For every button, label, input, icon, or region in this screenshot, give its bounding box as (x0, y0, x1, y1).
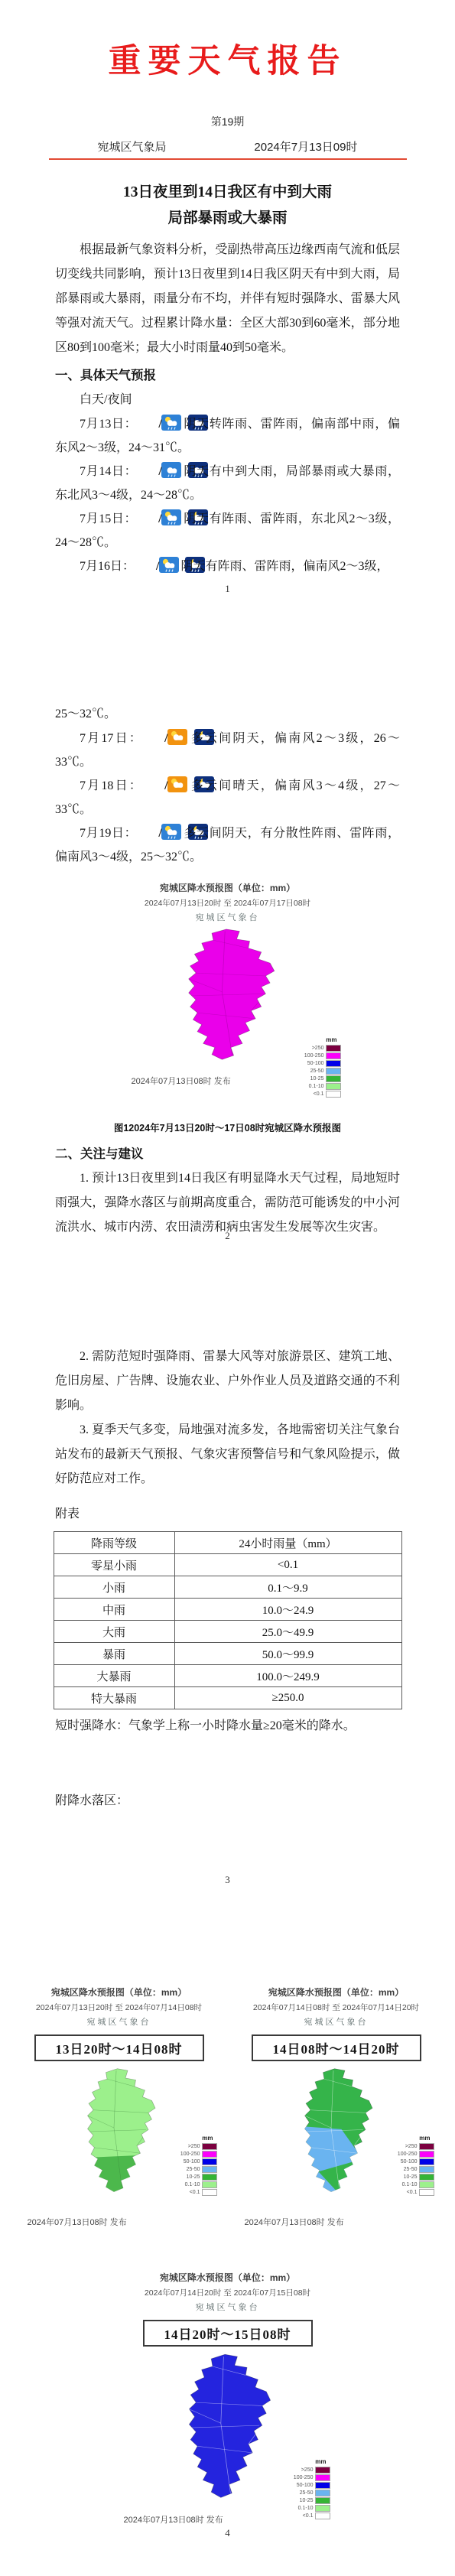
day-night-separator: / (164, 779, 167, 792)
legend-swatch (419, 2143, 434, 2150)
map-period: 2024年07月14日20时 至 2024年07月15日08时 (98, 2287, 358, 2298)
precip-map-card: 宛城区降水预报图（单位：mm）2024年07月14日08时 至 2024年07月… (234, 1986, 439, 2259)
legend-swatch (315, 2467, 330, 2474)
legend-swatch (202, 2143, 217, 2150)
legend-label: 100-250 (180, 2152, 200, 2157)
legend-swatch (326, 1068, 341, 1075)
section1-heading: 一、具体天气预报 (55, 363, 400, 388)
legend-swatch (315, 2497, 330, 2504)
legend-row: 10-25 (294, 2496, 330, 2504)
page-number-3: 3 (0, 1874, 455, 1886)
legend-swatch (315, 2505, 330, 2512)
table-cell: 零星小雨 (54, 1554, 174, 1576)
forecast-text: 阴天有阵雨、雷阵雨，偏南风2～3级， (180, 560, 388, 573)
cloudy-moon-night-icon (170, 776, 190, 792)
forecast-date: 7月17日： (80, 732, 143, 745)
legend-swatch (326, 1075, 341, 1082)
precip-legend: mm>250100-25050-10025-5010-250.1-10<0.1 (304, 1036, 341, 1098)
legend-row: 10-25 (398, 2173, 434, 2181)
report-page-1: 重要天气报告 第19期 宛城区气象局 2024年7月13日09时 13日夜里到1… (0, 0, 455, 612)
legend-swatch (326, 1060, 341, 1067)
legend-swatch (419, 2151, 434, 2158)
rain-level-table: 降雨等级24小时雨量（mm）零星小雨<0.1小雨0.1～9.9中雨10.0～24… (54, 1531, 402, 1709)
cloudy-day-icon (143, 729, 163, 745)
advice-item-3: 3. 夏季天气多变，局地强对流多发，各地需密切关注气象台站发布的最新天气预报、气… (55, 1418, 400, 1491)
day-night-separator: / (158, 512, 161, 525)
legend-swatch (419, 2181, 434, 2188)
advice-item-1: 1. 预计13日夜里到14日我区有明显降水天气过程，局地短时雨强大，强降水落区与… (55, 1166, 400, 1240)
daynight-label: 白天/夜间 (55, 388, 400, 412)
legend-row: 100-250 (294, 2474, 330, 2481)
legend-swatch (202, 2166, 217, 2173)
precip-map-card: 宛城区降水预报图（单位：mm）2024年07月14日20时 至 2024年07月… (98, 2271, 358, 2558)
forecast-entry: 7月13日：/阴天转阵雨、雷阵雨，偏南部中雨，偏东风2～3级，24～31℃。 (55, 412, 400, 460)
table-cell: 0.1～9.9 (174, 1576, 401, 1599)
day-night-separator: / (158, 418, 161, 431)
table-cell: 10.0～24.9 (174, 1599, 401, 1621)
advice-item-2: 2. 需防范短时强降雨、雷暴大风等对旅游景区、建筑工地、危旧房屋、广告牌、设施农… (55, 1345, 400, 1418)
map-issued: 2024年07月13日08时 发布 (245, 2216, 344, 2228)
shower-moon-night-icon (161, 557, 180, 573)
legend-row: 100-250 (398, 2150, 434, 2158)
district-map-shape (61, 2066, 176, 2197)
day-night-separator: / (164, 732, 167, 745)
precip-legend: mm>250100-25050-10025-5010-250.1-10<0.1 (180, 2135, 217, 2196)
table-cell: 100.0～249.9 (174, 1665, 401, 1687)
legend-label: 0.1-10 (298, 2506, 314, 2511)
forecast-list-page2: 7月17日：/多云间阴天，偏南风2～3级，26～33℃。7月18日：/多云间晴天… (0, 727, 455, 869)
legend-label: 50-100 (307, 1061, 324, 1066)
legend-row: 25-50 (398, 2165, 434, 2173)
map-area: 2024年07月13日08时 发布mm>250100-25050-10025-5… (17, 2061, 222, 2259)
legend-swatch (202, 2151, 217, 2158)
legend-label: 100-250 (294, 2475, 314, 2480)
forecast-date: 7月18日： (80, 779, 143, 792)
legend-swatch (315, 2513, 330, 2519)
shower-sun-day-icon (137, 415, 157, 431)
table-cell: 小雨 (54, 1576, 174, 1599)
precip-map-main: 2024年07月13日08时 发布mm>250100-25050-10025-5… (83, 923, 373, 1116)
legend-label: 25-50 (300, 2490, 314, 2496)
legend-label: 10-25 (310, 1076, 324, 1081)
forecast-entry: 7月16日：/阴天有阵雨、雷阵雨，偏南风2～3级， (55, 555, 400, 578)
issue-number: 第19期 (0, 114, 455, 129)
table-header-row: 降雨等级24小时雨量（mm） (54, 1532, 401, 1554)
table-cell: 大暴雨 (54, 1665, 174, 1687)
legend-row: >250 (180, 2142, 217, 2150)
table-cell: <0.1 (174, 1554, 401, 1576)
map-range-label: 14日08时～14日20时 (252, 2034, 421, 2061)
legend-swatch (419, 2189, 434, 2196)
legend-row: <0.1 (398, 2188, 434, 2196)
headline-line1: 13日夜里到14日我区有中到大雨 (0, 180, 455, 206)
day-night-separator: / (156, 560, 159, 573)
report-datetime: 2024年7月13日09时 (254, 138, 357, 154)
legend-label: <0.1 (407, 2190, 418, 2195)
map-period: 2024年07月14日08时 至 2024年07月14日20时 (234, 2002, 439, 2013)
report-page-2: 25～32℃。 7月17日：/多云间阴天，偏南风2～3级，26～33℃。7月18… (0, 612, 455, 1254)
legend-row: <0.1 (304, 1090, 341, 1098)
map-caption: 图12024年7月13日20时～17日08时宛城区降水预报图 (0, 1120, 455, 1134)
rain-night-icon (164, 462, 184, 478)
legend-label: 50-100 (184, 2159, 200, 2165)
precip-map-main-card: 宛城区降水预报图（单位：mm） 2024年07月13日20时 至 2024年07… (83, 881, 373, 1116)
legend-row: 100-250 (304, 1052, 341, 1059)
shower-moon-night-icon (164, 509, 184, 525)
table-cell: 50.0～99.9 (174, 1643, 401, 1665)
intro-paragraph: 根据最新气象资料分析，受副热带高压边缘西南气流和低层切变线共同影响，预计13日夜… (55, 238, 400, 360)
table-cell: 25.0～49.9 (174, 1621, 401, 1643)
legend-label: <0.1 (314, 1091, 324, 1097)
map-issued: 2024年07月13日08时 发布 (28, 2216, 127, 2228)
map-title: 宛城区降水预报图（单位：mm） (83, 881, 373, 894)
legend-unit: mm (294, 2458, 330, 2465)
legend-label: 100-250 (304, 1053, 324, 1059)
legend-label: <0.1 (303, 2513, 314, 2519)
agency-name: 宛城区气象局 (98, 138, 167, 154)
district-map-shape (155, 926, 301, 1065)
table-cell: ≥250.0 (174, 1687, 401, 1709)
map-issued: 2024年07月13日08时 发布 (124, 2513, 223, 2526)
map-area: 2024年07月13日08时 发布mm>250100-25050-10025-5… (234, 2061, 439, 2259)
legend-swatch (419, 2158, 434, 2165)
forecast-date: 7月15日： (80, 512, 137, 525)
precip-maps-row: 宛城区降水预报图（单位：mm）2024年07月13日20时 至 2024年07月… (0, 1986, 455, 2259)
short-term-rain-note: 短时强降水：气象学上称一小时降水量≥20毫米的降水。 (55, 1714, 400, 1738)
legend-swatch (419, 2166, 434, 2173)
table-cell: 中雨 (54, 1599, 174, 1621)
legend-row: >250 (294, 2466, 330, 2474)
cloudy-moon-night-icon (170, 729, 190, 745)
rain-day-icon (137, 462, 157, 478)
legend-row: 50-100 (398, 2158, 434, 2165)
map-issued: 2024年07月13日08时 发布 (132, 1075, 231, 1087)
legend-row: 100-250 (180, 2150, 217, 2158)
district-map-shape (278, 2066, 393, 2197)
legend-row: 25-50 (304, 1067, 341, 1075)
legend-swatch (326, 1091, 341, 1098)
map-area: 2024年07月13日08时 发布mm>250100-25050-10025-5… (98, 2347, 358, 2558)
legend-unit: mm (180, 2135, 217, 2142)
legend-swatch (326, 1083, 341, 1090)
legend-swatch (326, 1052, 341, 1059)
shower-moon-night-icon (164, 824, 184, 840)
table-row: 特大暴雨≥250.0 (54, 1687, 401, 1709)
legend-label: 10-25 (187, 2174, 200, 2180)
legend-label: 100-250 (398, 2152, 418, 2157)
legend-row: 50-100 (180, 2158, 217, 2165)
legend-swatch (202, 2181, 217, 2188)
legend-row: <0.1 (180, 2188, 217, 2196)
legend-row: 50-100 (304, 1059, 341, 1067)
forecast-date: 7月16日： (80, 560, 135, 573)
legend-row: 0.1-10 (180, 2181, 217, 2188)
falling-zone-label: 附降水落区： (55, 1789, 400, 1813)
legend-row: 10-25 (180, 2173, 217, 2181)
red-divider (49, 158, 407, 160)
day-night-separator: / (158, 465, 161, 478)
map-range-label: 13日20时～14日08时 (34, 2034, 204, 2061)
legend-label: 25-50 (187, 2167, 200, 2172)
table-row: 大雨25.0～49.9 (54, 1621, 401, 1643)
map-title: 宛城区降水预报图（单位：mm） (17, 1986, 222, 1999)
table-row: 暴雨50.0～99.9 (54, 1643, 401, 1665)
page-number-1: 1 (0, 583, 455, 595)
legend-row: 50-100 (294, 2481, 330, 2489)
legend-row: >250 (304, 1044, 341, 1052)
legend-unit: mm (304, 1036, 341, 1043)
precip-legend: mm>250100-25050-10025-5010-250.1-10<0.1 (398, 2135, 434, 2196)
report-page-3: 2. 需防范短时强降雨、雷暴大风等对旅游景区、建筑工地、危旧房屋、广告牌、设施农… (0, 1254, 455, 1897)
forecast-date: 7月13日： (80, 418, 137, 431)
legend-swatch (202, 2189, 217, 2196)
forecast-entry: 7月18日：/多云间晴天，偏南风3～4级，27～33℃。 (55, 774, 400, 821)
page-number-4: 4 (0, 2527, 455, 2539)
legend-row: 0.1-10 (304, 1082, 341, 1090)
legend-label: 0.1-10 (402, 2182, 418, 2187)
district-map-shape (158, 2351, 295, 2504)
forecast-date: 7月14日： (80, 465, 137, 478)
legend-row: 25-50 (294, 2489, 330, 2496)
forecast-entry: 7月19日：/多云间阴天，有分散性阵雨、雷阵雨，偏南风3～4级，25～32℃。 (55, 821, 400, 869)
map-period: 2024年07月13日20时 至 2024年07月17日08时 (83, 897, 373, 909)
precip-map-center: 宛城区降水预报图（单位：mm）2024年07月14日20时 至 2024年07月… (0, 2271, 455, 2558)
map-source: 宛城区气象台 (83, 911, 373, 923)
cloudy-day-icon (143, 776, 163, 792)
legend-swatch (315, 2490, 330, 2496)
table-header-cell: 降雨等级 (54, 1532, 174, 1554)
legend-swatch (202, 2174, 217, 2181)
forecast-list-page1: 7月13日：/阴天转阵雨、雷阵雨，偏南部中雨，偏东风2～3级，24～31℃。7月… (0, 412, 455, 578)
legend-label: >250 (405, 2144, 418, 2149)
forecast-entry: 7月14日：/阴天有中到大雨，局部暴雨或大暴雨，东北风3～4级，24～28℃。 (55, 460, 400, 507)
table-row: 大暴雨100.0～249.9 (54, 1665, 401, 1687)
map-title: 宛城区降水预报图（单位：mm） (98, 2271, 358, 2284)
legend-row: <0.1 (294, 2512, 330, 2519)
legend-row: 0.1-10 (398, 2181, 434, 2188)
map-source: 宛城区气象台 (98, 2301, 358, 2313)
forecast-entry: 7月15日：/阴天有阵雨、雷阵雨，东北风2～3级，24～28℃。 (55, 507, 400, 555)
legend-label: >250 (312, 1046, 324, 1051)
table-cell: 大雨 (54, 1621, 174, 1643)
forecast-entry: 7月17日：/多云间阴天，偏南风2～3级，26～33℃。 (55, 727, 400, 774)
section2-heading: 二、关注与建议 (55, 1142, 400, 1166)
map-source: 宛城区气象台 (17, 2015, 222, 2028)
table-row: 零星小雨<0.1 (54, 1554, 401, 1576)
legend-label: 25-50 (310, 1068, 324, 1074)
legend-label: 10-25 (404, 2174, 418, 2180)
legend-label: 0.1-10 (309, 1084, 324, 1089)
map-period: 2024年07月13日20时 至 2024年07月14日08时 (17, 2002, 222, 2013)
report-title: 重要天气报告 (0, 35, 455, 82)
legend-label: >250 (188, 2144, 200, 2149)
precip-legend: mm>250100-25050-10025-5010-250.1-10<0.1 (294, 2458, 330, 2519)
legend-swatch (202, 2158, 217, 2165)
rain-night-icon (164, 415, 184, 431)
forecast-date: 7月19日： (80, 827, 137, 840)
legend-row: 10-25 (304, 1075, 341, 1082)
legend-row: 25-50 (180, 2165, 217, 2173)
shower-sun-day-icon (137, 824, 157, 840)
precip-map-card: 宛城区降水预报图（单位：mm）2024年07月13日20时 至 2024年07月… (17, 1986, 222, 2259)
legend-label: 0.1-10 (185, 2182, 200, 2187)
agency-row: 宛城区气象局 2024年7月13日09时 (98, 138, 358, 154)
shower-sun-day-icon (135, 557, 154, 573)
legend-swatch (326, 1045, 341, 1052)
table-row: 中雨10.0～24.9 (54, 1599, 401, 1621)
table-row: 小雨0.1～9.9 (54, 1576, 401, 1599)
page-number-2: 2 (0, 1230, 455, 1242)
day-night-separator: / (158, 827, 161, 840)
table-cell: 特大暴雨 (54, 1687, 174, 1709)
legend-label: <0.1 (190, 2190, 200, 2195)
legend-label: >250 (301, 2467, 314, 2473)
forecast-continuation: 25～32℃。 (55, 702, 400, 727)
map-range-label: 14日20时～15日08时 (143, 2320, 313, 2347)
legend-swatch (315, 2482, 330, 2489)
table-header-cell: 24小时雨量（mm） (174, 1532, 401, 1554)
table-cell: 暴雨 (54, 1643, 174, 1665)
legend-unit: mm (398, 2135, 434, 2142)
legend-row: 0.1-10 (294, 2504, 330, 2512)
headline-line2: 局部暴雨或大暴雨 (0, 206, 455, 232)
report-page-4: 宛城区降水预报图（单位：mm）2024年07月13日20时 至 2024年07月… (0, 1897, 455, 2576)
appendix-table-label: 附表 (55, 1502, 400, 1527)
map-source: 宛城区气象台 (234, 2015, 439, 2028)
legend-row: >250 (398, 2142, 434, 2150)
legend-label: 50-100 (297, 2483, 314, 2488)
legend-swatch (419, 2174, 434, 2181)
headline: 13日夜里到14日我区有中到大雨 局部暴雨或大暴雨 (0, 180, 455, 232)
legend-swatch (315, 2474, 330, 2481)
legend-label: 25-50 (404, 2167, 418, 2172)
shower-sun-day-icon (137, 509, 157, 525)
legend-label: 10-25 (300, 2498, 314, 2503)
map-title: 宛城区降水预报图（单位：mm） (234, 1986, 439, 1999)
legend-label: 50-100 (401, 2159, 418, 2165)
